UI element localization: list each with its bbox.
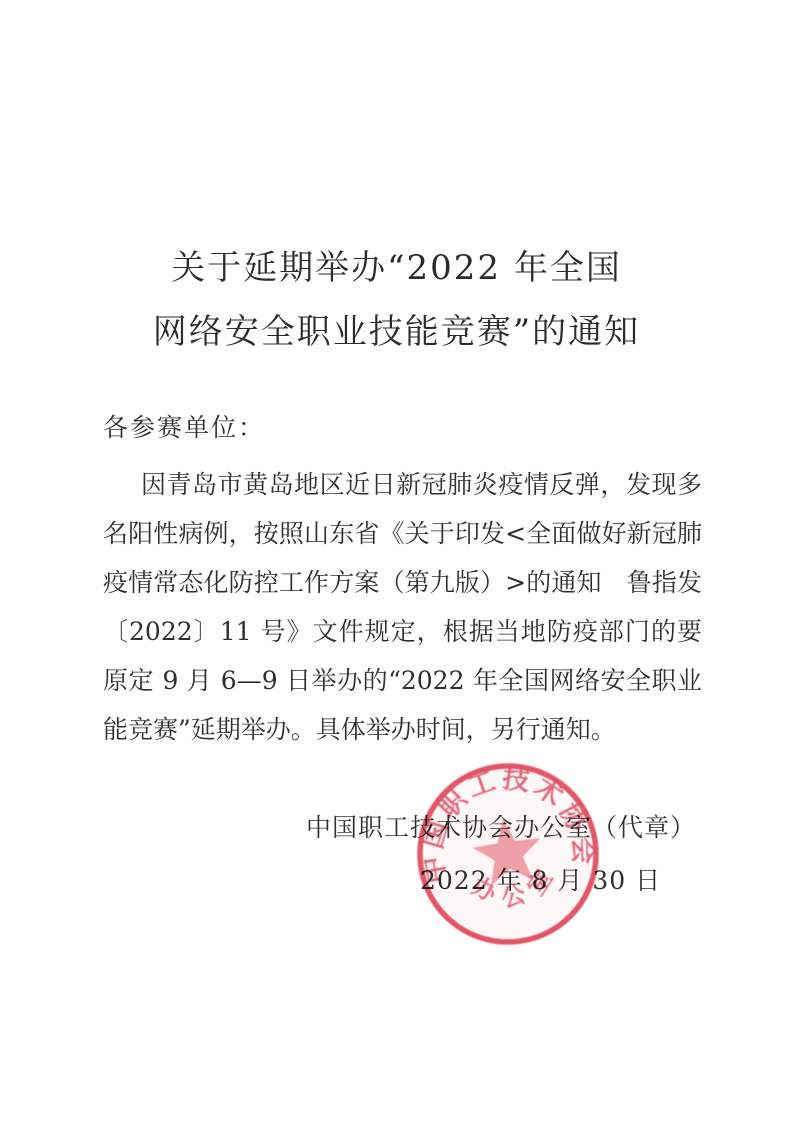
body-line-2: 名阳性病例，按照山东省《关于印发<全面做好新冠肺炎 [103, 509, 702, 558]
title-line-2: 网络安全职业技能竞赛”的通知 [0, 300, 793, 364]
document-page: 关于延期举办“2022 年全国 网络安全职业技能竞赛”的通知 各参赛单位： 因青… [0, 0, 793, 1121]
body-line-3: 疫情常态化防控工作方案（第九版）>的通知 鲁指发 [103, 558, 702, 607]
body-paragraph: 因青岛市黄岛地区近日新冠肺炎疫情反弹，发现多 名阳性病例，按照山东省《关于印发<… [103, 460, 702, 754]
body-line-1: 因青岛市黄岛地区近日新冠肺炎疫情反弹，发现多 [103, 460, 702, 509]
title-line-1: 关于延期举办“2022 年全国 [0, 236, 793, 300]
body-line-6: 能竞赛”延期举办。具体举办时间，另行通知。 [103, 705, 702, 754]
body-line-5: 原定 9 月 6—9 日举办的“2022 年全国网络安全职业技 [103, 656, 702, 705]
official-seal: 中国职工技术协会 办公室 [413, 759, 603, 949]
salutation: 各参赛单位： [103, 411, 265, 445]
document-title: 关于延期举办“2022 年全国 网络安全职业技能竞赛”的通知 [0, 236, 793, 364]
body-line-4: 〔2022〕11 号》文件规定，根据当地防疫部门的要求， [103, 607, 702, 656]
